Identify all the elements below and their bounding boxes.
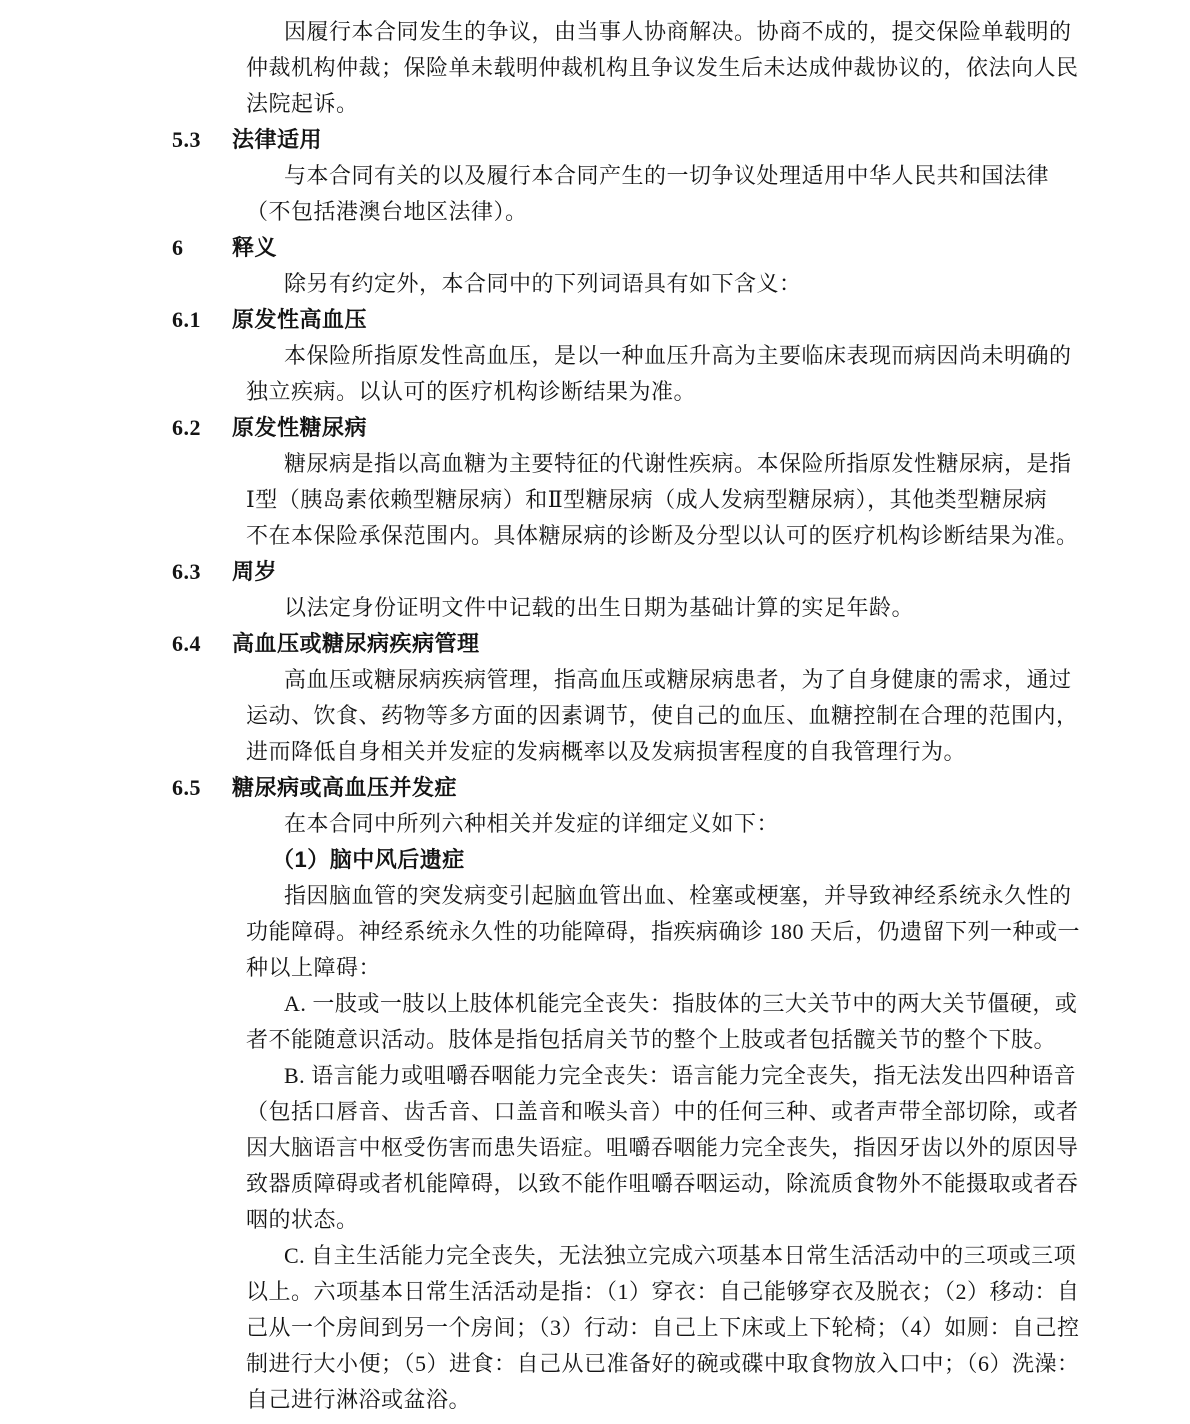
section-number: 6.4	[172, 626, 232, 662]
paragraph-line: 高血压或糖尿病疾病管理，指高血压或糖尿病患者，为了自身健康的需求，通过	[246, 662, 1018, 698]
section-number: 6.2	[172, 410, 232, 446]
paragraph: 因履行本合同发生的争议，由当事人协商解决。协商不成的，提交保险单载明的仲裁机构仲…	[246, 14, 1018, 122]
paragraph-line: 仲裁机构仲裁；保险单未载明仲裁机构且争议发生后未达成仲裁协议的，依法向人民	[246, 50, 1018, 86]
paragraph-line: 己从一个房间到另一个房间；（3）行动：自己上下床或上下轮椅；（4）如厕：自己控	[246, 1310, 1018, 1346]
paragraph-line: 法院起诉。	[246, 86, 1018, 122]
paragraph-line: 种以上障碍：	[246, 950, 1018, 986]
section-number: 5.3	[172, 122, 232, 158]
paragraph-line: C. 自主生活能力完全丧失，无法独立完成六项基本日常生活活动中的三项或三项	[246, 1238, 1018, 1274]
paragraph-line: 运动、饮食、药物等多方面的因素调节，使自己的血压、血糖控制在合理的范围内，	[246, 698, 1018, 734]
section-number: 6.1	[172, 302, 232, 338]
paragraph: 除另有约定外，本合同中的下列词语具有如下含义：	[246, 266, 1018, 302]
section-number: 6	[172, 230, 232, 266]
paragraph: 与本合同有关的以及履行本合同产生的一切争议处理适用中华人民共和国法律（不包括港澳…	[246, 158, 1018, 230]
section-number: 6.5	[172, 770, 232, 806]
paragraph-line: 功能障碍。神经系统永久性的功能障碍，指疾病确诊 180 天后，仍遗留下列一种或一	[246, 914, 1018, 950]
paragraph-line: 因大脑语言中枢受伤害而患失语症。咀嚼吞咽能力完全丧失，指因牙齿以外的原因导	[246, 1130, 1018, 1166]
paragraph: C. 自主生活能力完全丧失，无法独立完成六项基本日常生活活动中的三项或三项以上。…	[246, 1238, 1018, 1418]
section-heading: 5.3法律适用	[172, 122, 1018, 158]
paragraph-line: 致器质障碍或者机能障碍，以致不能作咀嚼吞咽运动，除流质食物外不能摄取或者吞	[246, 1166, 1018, 1202]
section-title: 原发性糖尿病	[232, 410, 367, 446]
document-page: 因履行本合同发生的争议，由当事人协商解决。协商不成的，提交保险单载明的仲裁机构仲…	[0, 0, 1190, 1424]
paragraph-line: 因履行本合同发生的争议，由当事人协商解决。协商不成的，提交保险单载明的	[246, 14, 1018, 50]
paragraph-line: 制进行大小便；（5）进食：自己从已准备好的碗或碟中取食物放入口中；（6）洗澡：	[246, 1346, 1018, 1382]
section-heading: 6.2原发性糖尿病	[172, 410, 1018, 446]
section-heading: 6.5糖尿病或高血压并发症	[172, 770, 1018, 806]
section-title: 法律适用	[232, 122, 322, 158]
section-title: 释义	[232, 230, 277, 266]
paragraph-line: 以法定身份证明文件中记载的出生日期为基础计算的实足年龄。	[246, 590, 1018, 626]
sub-heading: （1）脑中风后遗症	[272, 842, 1018, 878]
paragraph-line: A. 一肢或一肢以上肢体机能完全丧失：指肢体的三大关节中的两大关节僵硬，或	[246, 986, 1018, 1022]
section-title: 周岁	[232, 554, 277, 590]
section-heading: 6.4高血压或糖尿病疾病管理	[172, 626, 1018, 662]
paragraph-line: （包括口唇音、齿舌音、口盖音和喉头音）中的任何三种、或者声带全部切除，或者	[246, 1094, 1018, 1130]
paragraph-line: B. 语言能力或咀嚼吞咽能力完全丧失：语言能力完全丧失，指无法发出四种语音	[246, 1058, 1018, 1094]
paragraph-line: 进而降低自身相关并发症的发病概率以及发病损害程度的自我管理行为。	[246, 734, 1018, 770]
section-heading: 6.3周岁	[172, 554, 1018, 590]
paragraph-line: 指因脑血管的突发病变引起脑血管出血、栓塞或梗塞，并导致神经系统永久性的	[246, 878, 1018, 914]
paragraph: 在本合同中所列六种相关并发症的详细定义如下：	[246, 806, 1018, 842]
paragraph-line: 不在本保险承保范围内。具体糖尿病的诊断及分型以认可的医疗机构诊断结果为准。	[246, 518, 1018, 554]
paragraph: A. 一肢或一肢以上肢体机能完全丧失：指肢体的三大关节中的两大关节僵硬，或者不能…	[246, 986, 1018, 1058]
paragraph-line: 者不能随意识活动。肢体是指包括肩关节的整个上肢或者包括髋关节的整个下肢。	[246, 1022, 1018, 1058]
section-title: 原发性高血压	[232, 302, 367, 338]
section-heading: 6.1原发性高血压	[172, 302, 1018, 338]
paragraph-line: 与本合同有关的以及履行本合同产生的一切争议处理适用中华人民共和国法律	[246, 158, 1018, 194]
paragraph: 以法定身份证明文件中记载的出生日期为基础计算的实足年龄。	[246, 590, 1018, 626]
section-number: 6.3	[172, 554, 232, 590]
paragraph: 本保险所指原发性高血压，是以一种血压升高为主要临床表现而病因尚未明确的独立疾病。…	[246, 338, 1018, 410]
paragraph: 指因脑血管的突发病变引起脑血管出血、栓塞或梗塞，并导致神经系统永久性的功能障碍。…	[246, 878, 1018, 986]
paragraph-line: 咽的状态。	[246, 1202, 1018, 1238]
paragraph-line: 自己进行淋浴或盆浴。	[246, 1382, 1018, 1418]
paragraph-line: Ⅰ型（胰岛素依赖型糖尿病）和Ⅱ型糖尿病（成人发病型糖尿病），其他类型糖尿病	[246, 482, 1018, 518]
paragraph-line: 在本合同中所列六种相关并发症的详细定义如下：	[246, 806, 1018, 842]
section-title: 高血压或糖尿病疾病管理	[232, 626, 480, 662]
paragraph: 糖尿病是指以高血糖为主要特征的代谢性疾病。本保险所指原发性糖尿病，是指Ⅰ型（胰岛…	[246, 446, 1018, 554]
paragraph: B. 语言能力或咀嚼吞咽能力完全丧失：语言能力完全丧失，指无法发出四种语音（包括…	[246, 1058, 1018, 1238]
paragraph-line: （不包括港澳台地区法律）。	[246, 194, 1018, 230]
paragraph-line: 除另有约定外，本合同中的下列词语具有如下含义：	[246, 266, 1018, 302]
paragraph-line: 以上。六项基本日常生活活动是指：（1）穿衣：自己能够穿衣及脱衣；（2）移动：自	[246, 1274, 1018, 1310]
paragraph-line: 独立疾病。以认可的医疗机构诊断结果为准。	[246, 374, 1018, 410]
paragraph-line: 本保险所指原发性高血压，是以一种血压升高为主要临床表现而病因尚未明确的	[246, 338, 1018, 374]
section-title: 糖尿病或高血压并发症	[232, 770, 457, 806]
paragraph: 高血压或糖尿病疾病管理，指高血压或糖尿病患者，为了自身健康的需求，通过运动、饮食…	[246, 662, 1018, 770]
section-heading: 6释义	[172, 230, 1018, 266]
paragraph-line: 糖尿病是指以高血糖为主要特征的代谢性疾病。本保险所指原发性糖尿病，是指	[246, 446, 1018, 482]
